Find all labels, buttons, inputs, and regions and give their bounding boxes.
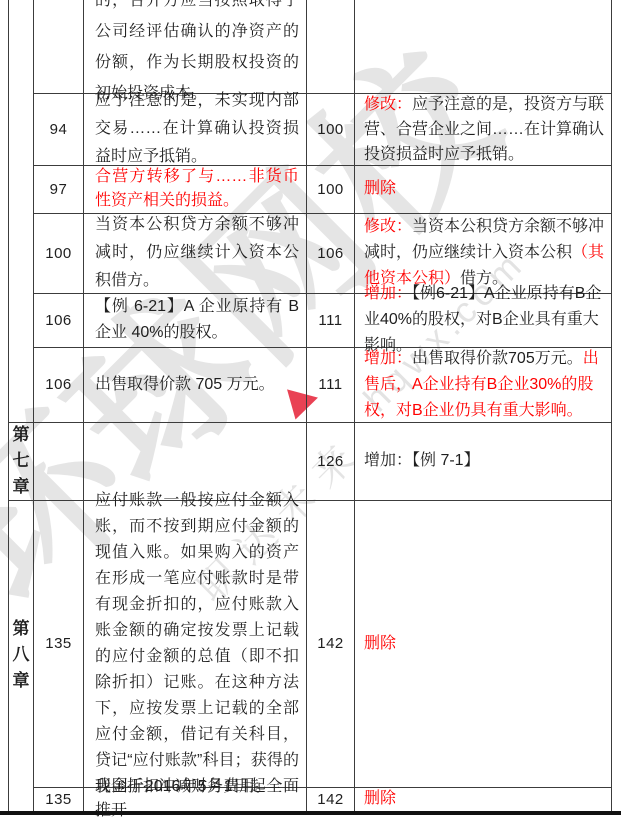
cell-change: 增加：【例 7-1】 [355,422,611,500]
cell-content: 出售取得价款 705 万元。 [84,347,306,422]
cell-new-page: 111 [307,293,354,347]
change-type-label: 修改： [364,96,412,113]
revision-table: 第七章 第八章 的，合并方应当按照取得子公司经评估确认的净资产的份额，作为长期股… [8,0,612,818]
cell-change: 修改：应予注意的是，投资方与联营、合营企业之间……在计算确认投资损益时应予抵销。 [355,93,611,165]
change-type-label: 删除 [364,631,605,657]
cell-content: 当资本公积贷方余额不够冲减时，仍应继续计入资本公积借方。 [84,213,306,293]
change-text: 增加：【例 7-1】 [364,448,605,474]
change-text: 修改：应予注意的是，投资方与联营、合营企业之间……在计算确认投资损益时应予抵销。 [364,92,605,167]
content-text: 合营方转移了与……非货币性资产相关的损益。 [95,165,299,213]
change-body: 出售取得价款705万元。 [412,350,583,367]
change-type-label: 删除 [364,177,605,201]
cell-change: 删除 [355,500,611,787]
cell-old-page: 106 [34,293,83,347]
cell-old-page: 97 [34,165,83,213]
cell-new-page: 100 [307,93,354,165]
cell-change: 增加：出售取得价款705万元。出售后，A企业持有B企业30%的股权，对B企业仍具… [355,347,611,422]
change-type-label: 增加： [364,285,412,302]
cell-change: 增加：【例6-21】A企业原持有B企业40%的股权，对B企业具有重大影响。 [355,293,611,347]
page-root: { "colors": { "red_annotation": "#ff0000… [0,0,621,818]
cell-change: 删除 [355,165,611,213]
cell-content: 合营方转移了与……非货币性资产相关的损益。 [84,165,306,213]
change-type-label: 增加： [364,350,412,367]
cell-change: 删除 [355,787,611,811]
cell-new-page: 142 [307,787,354,811]
cell-new-page: 100 [307,165,354,213]
cell-new-page: 142 [307,500,354,787]
content-text: 出售取得价款 705 万元。 [95,372,299,398]
cell-old-page: 135 [34,787,83,811]
cell-old-page: 135 [34,500,83,787]
cell-old-page: 94 [34,93,83,165]
change-type-label: 修改： [364,218,412,235]
cell-new-page: 106 [307,213,354,293]
cell-new-page: 111 [307,347,354,422]
cell-old-page: 106 [34,347,83,422]
change-type-label: 删除 [364,787,605,811]
content-text: 应予注意的是，未实现内部交易……在计算确认投资损益时应予抵销。 [95,87,299,171]
table-grid-line [611,0,612,812]
content-text: 【例 6-21】A 企业原持有 B 企业 40%的股权。 [95,294,299,346]
cell-content: 应予注意的是，未实现内部交易……在计算确认投资损益时应予抵销。 [84,93,306,165]
chapter-cell-8: 第八章 [9,500,33,810]
change-text: 增加：出售取得价款705万元。出售后，A企业持有B企业30%的股权，对B企业仍具… [364,346,605,424]
cell-content: 的，合并方应当按照取得子公司经评估确认的净资产的份额，作为长期股权投资的初始投资… [84,0,306,93]
cell-new-page: 126 [307,422,354,500]
content-text: 当资本公积贷方余额不够冲减时，仍应继续计入资本公积借方。 [95,211,299,295]
cell-content: 【例 6-21】A 企业原持有 B 企业 40%的股权。 [84,293,306,347]
cell-old-page: 100 [34,213,83,293]
page-bottom-rule [0,811,621,815]
content-text: 应付账款一般按应付金额入账，而不按到期应付金额的现值入账。如果购入的资产在形成一… [95,488,299,800]
cell-content: 应付账款一般按应付金额入账，而不按到期应付金额的现值入账。如果购入的资产在形成一… [84,500,306,787]
chapter-cell-7: 第七章 [9,422,33,500]
cell-content: 我国于2016年5月1日起全面推开 [84,787,306,811]
